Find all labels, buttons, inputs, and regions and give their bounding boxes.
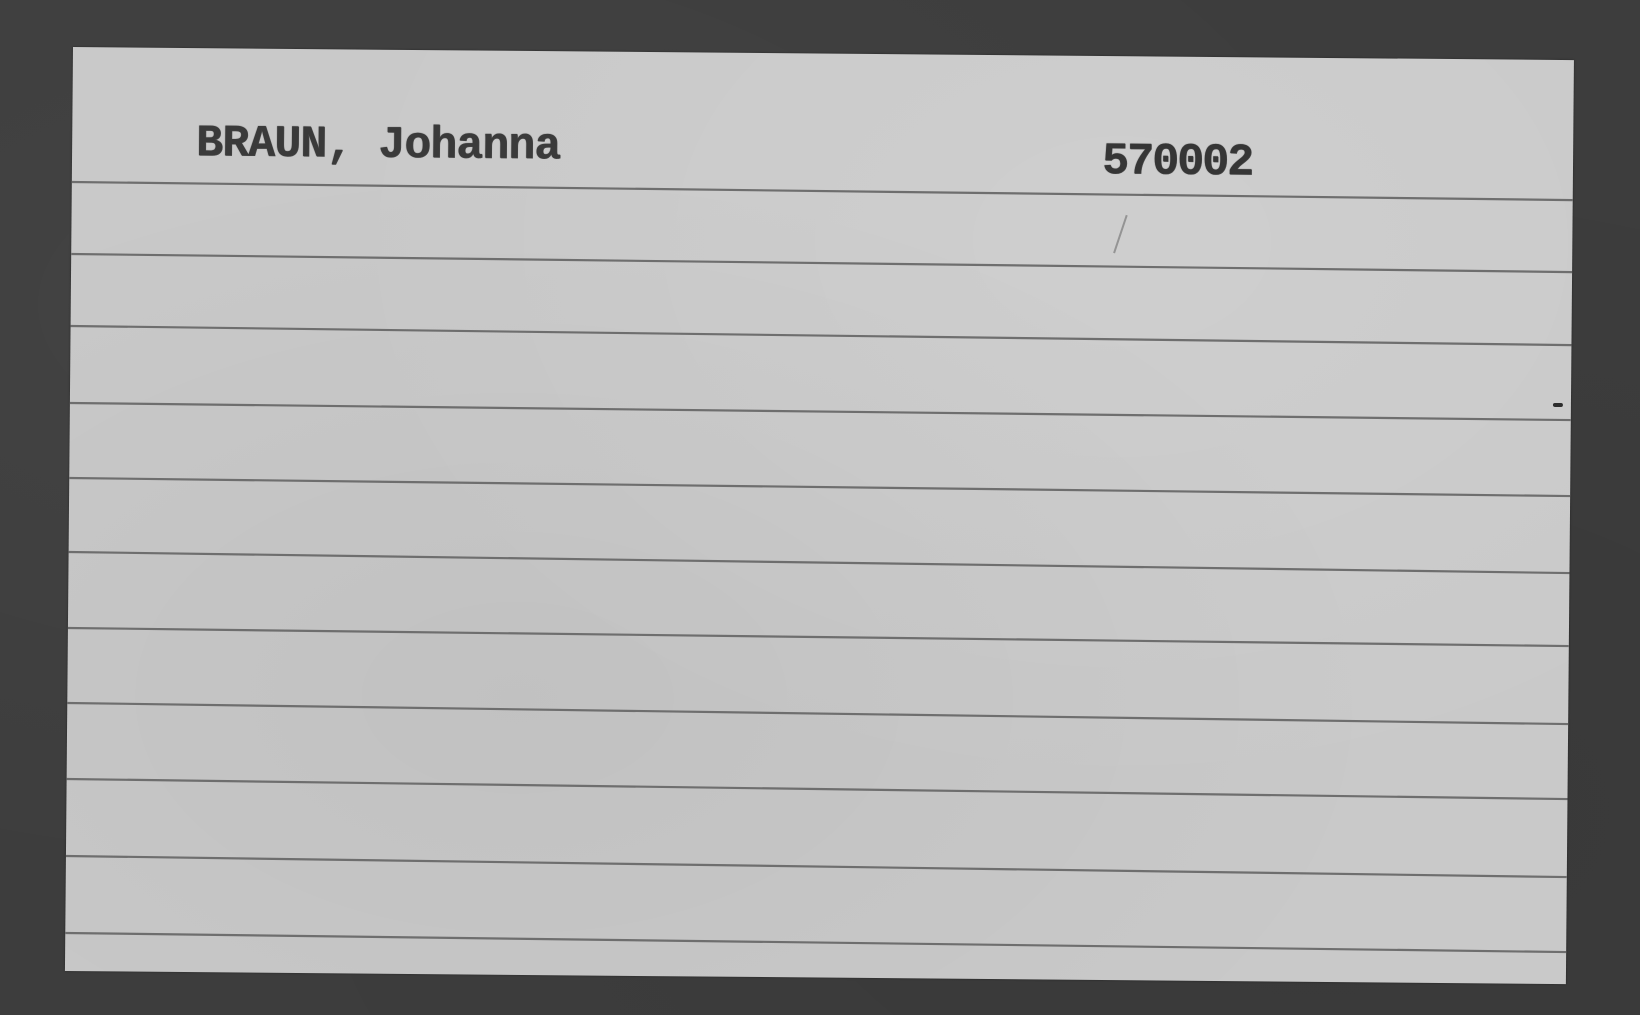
index-card: BRAUN, Johanna 570002 <box>65 47 1574 984</box>
scan-speck <box>1553 403 1563 407</box>
name-entry: BRAUN, Johanna <box>196 118 560 172</box>
record-number: 570002 <box>1102 136 1252 188</box>
ruled-lines <box>65 47 1574 984</box>
